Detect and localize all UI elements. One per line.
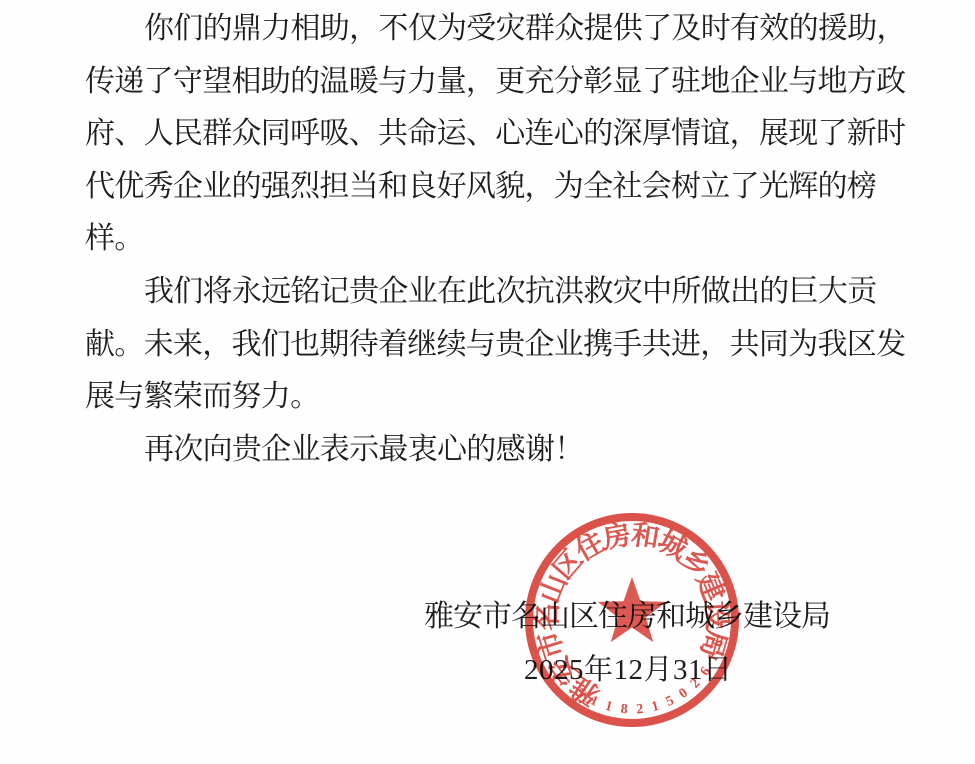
seal-code-digit: 6	[698, 664, 714, 678]
seal-code-digit: 0	[676, 686, 690, 702]
letter-line: 传递了守望相助的温暖与力量，更充分彰显了驻地企业与地方政	[85, 56, 915, 109]
seal-code-digit: 5	[664, 693, 677, 710]
letter-line: 样。	[85, 213, 915, 266]
letter-line: 再次向贵企业表示最衷心的感谢！	[85, 424, 915, 477]
star-icon	[598, 577, 666, 642]
letter-line: 献。未来，我们也期待着继续与贵企业携手共进，共同为我区发	[85, 319, 915, 372]
letter-line: 你们的鼎力相助，不仅为受灾群众提供了及时有效的援助，	[85, 3, 915, 56]
letter-body: 你们的鼎力相助，不仅为受灾群众提供了及时有效的援助， 传递了守望相助的温暖与力量…	[85, 3, 915, 476]
seal-code-digit: 1	[603, 699, 614, 715]
official-seal: 雅安市名山区住房和城乡建设局511821502616	[514, 502, 750, 738]
seal-code-digit: 2	[636, 702, 644, 718]
seal-code-digit: 1	[650, 699, 661, 715]
seal-code-digit: 8	[620, 702, 628, 718]
letter-line: 我们将永远铭记贵企业在此次抗洪救灾中所做出的巨大贡	[85, 266, 915, 319]
letter-line: 代优秀企业的强烈担当和良好风貌，为全社会树立了光辉的榜	[85, 161, 915, 214]
letter-line: 府、人民群众同呼吸、共命运、心连心的深厚情谊，展现了新时	[85, 108, 915, 161]
letter-page: 你们的鼎力相助，不仅为受灾群众提供了及时有效的援助， 传递了守望相助的温暖与力量…	[0, 0, 975, 764]
seal-code-digit: 2	[688, 676, 704, 692]
letter-line: 展与繁荣而努力。	[85, 371, 915, 424]
